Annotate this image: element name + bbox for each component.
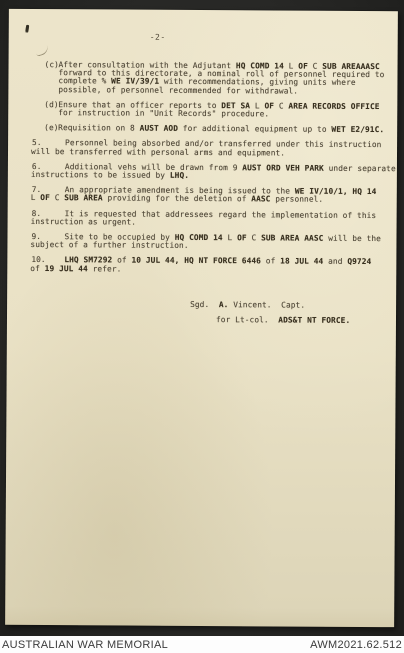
paragraph-10: 10. LHQ SM7292 of 10 JUL 44, HQ NT FORCE… <box>30 256 398 275</box>
page-number: -2- <box>150 33 166 42</box>
paragraph-c: (c) After consultation with the Adjutant… <box>31 61 399 96</box>
paragraph-text: Site to be occupied by HQ COMD 14 L OF C… <box>30 233 398 252</box>
signature-for-line: for Lt-col. ADS&T NT FORCE. <box>216 315 350 325</box>
paragraph-number: 7. <box>32 186 42 194</box>
pencil-mark <box>35 45 50 57</box>
paragraph-5: 5. Personnel being absorbed and/or trans… <box>31 139 399 158</box>
paragraph-7: 7. An appropriate amendment is being iss… <box>31 186 399 205</box>
paragraph-6: 6. Additional vehs will be drawn from 9 … <box>31 163 399 182</box>
signature-line: Sgd. A. Vincent. Capt. <box>190 300 305 310</box>
paragraph-number: 9. <box>31 233 41 241</box>
paragraph-label: (d) <box>44 101 58 109</box>
paragraph-number: 8. <box>32 210 42 218</box>
awm-caption-bar: AUSTRALIAN WAR MEMORIAL AWM2021.62.512 <box>0 636 404 653</box>
paragraph-number: 6. <box>32 163 42 171</box>
paragraph-label: (e) <box>44 124 58 132</box>
paragraph-text: Additional vehs will be drawn from 9 AUS… <box>31 163 399 182</box>
paragraph-text: LHQ SM7292 of 10 JUL 44, HQ NT FORCE 644… <box>30 256 398 275</box>
paragraph-text: Ensure that an officer reports to DET SA… <box>58 101 399 119</box>
paragraph-text: Personnel being absorbed and/or transfer… <box>31 139 399 158</box>
archive-id: AWM2021.62.512 <box>310 639 402 651</box>
paragraph-number: 5. <box>32 139 42 147</box>
paragraph-text: It is requested that addressees regard t… <box>31 210 399 229</box>
document-body: (c) After consultation with the Adjutant… <box>30 61 399 282</box>
paragraph-text: Requisition on 8 AUST AOD for additional… <box>58 124 399 134</box>
paragraph-d: (d) Ensure that an officer reports to DE… <box>31 101 399 120</box>
document-page: -2- (c) After consultation with the Adju… <box>5 9 398 627</box>
ink-mark <box>25 25 29 32</box>
paragraph-e: (e) Requisition on 8 AUST AOD for additi… <box>31 124 399 134</box>
paragraph-number: 10. <box>31 256 45 264</box>
paragraph-label: (c) <box>45 61 59 69</box>
paragraph-9: 9. Site to be occupied by HQ COMD 14 L O… <box>30 233 398 252</box>
paragraph-8: 8. It is requested that addressees regar… <box>31 210 399 229</box>
paragraph-text: An appropriate amendment is being issued… <box>31 186 399 205</box>
archive-name: AUSTRALIAN WAR MEMORIAL <box>2 639 168 651</box>
paragraph-text: After consultation with the Adjutant HQ … <box>58 61 399 96</box>
